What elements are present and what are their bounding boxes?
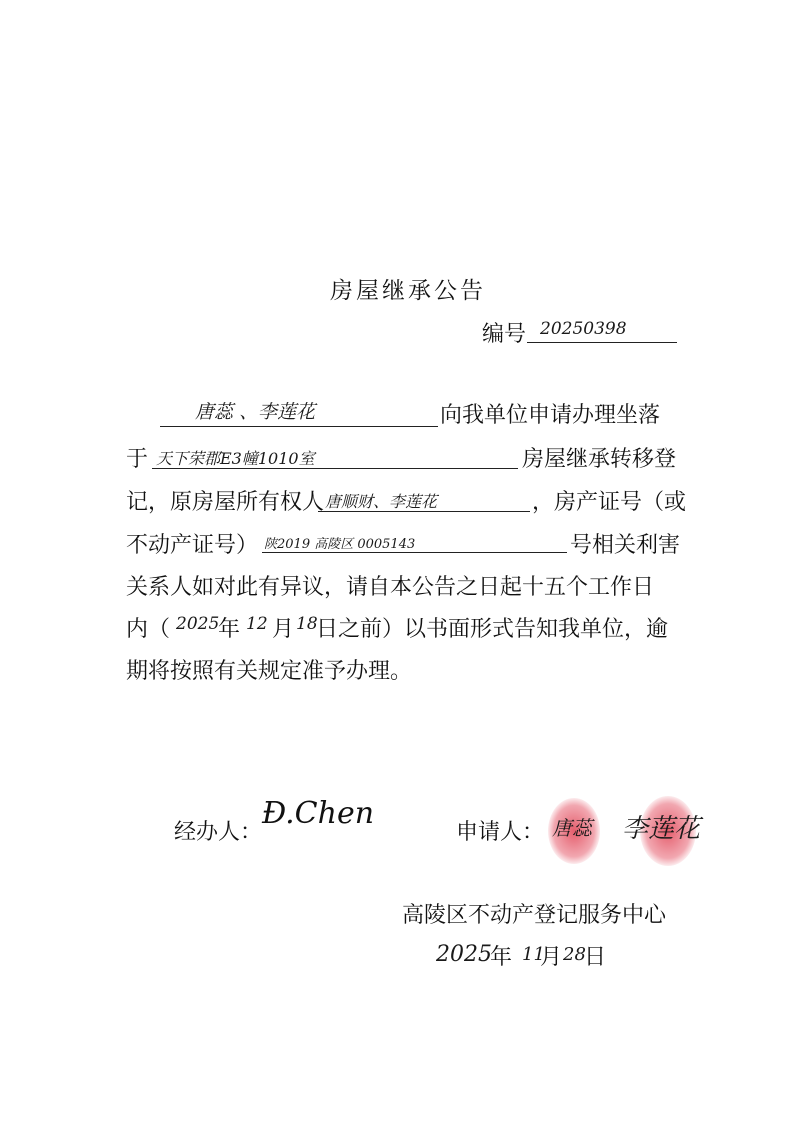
date-year: 2025 xyxy=(436,942,492,967)
applicants-handwritten: 唐蕊 、李莲花 xyxy=(195,397,315,424)
line6-suffix: 日之前）以书面形式告知我单位，逾 xyxy=(316,612,668,643)
year-char: 年 xyxy=(218,612,240,643)
line4-prefix: 不动产证号） xyxy=(126,528,258,559)
issuer-name: 高陵区不动产登记服务中心 xyxy=(402,898,666,929)
date-day-char: 日 xyxy=(584,940,606,971)
deadline-year: 2025 xyxy=(176,614,219,634)
date-month-char: 月 xyxy=(540,940,562,971)
line3-prefix: 记，原房屋所有权人 xyxy=(126,485,324,516)
deadline-day: 18 xyxy=(296,614,318,634)
line5-text: 关系人如对此有异议，请自本公告之日起十五个工作日 xyxy=(126,570,654,601)
applicant-signature-1: 唐蕊 xyxy=(552,812,592,841)
location-handwritten: 天下荣郡E3幢1010室 xyxy=(156,446,315,469)
certificate-underline xyxy=(262,552,567,553)
certificate-handwritten: 陕2019 高陵区 0005143 xyxy=(264,533,415,552)
applicants-underline xyxy=(160,426,438,427)
line6-prefix: 内（ xyxy=(126,612,170,643)
applicant-signature-2: 李莲花 xyxy=(622,808,700,845)
line2-suffix: 房屋继承转移登 xyxy=(522,442,676,473)
owners-handwritten: 唐顺财、李莲花 xyxy=(325,489,437,512)
line3-suffix: ，房产证号（或 xyxy=(532,485,686,516)
line1-text: 向我单位申请办理坐落 xyxy=(440,398,660,429)
document-title: 房屋继承公告 xyxy=(330,272,486,305)
month-char: 月 xyxy=(272,612,294,643)
applicant-label: 申请人： xyxy=(456,815,544,846)
date-day: 28 xyxy=(563,944,586,965)
deadline-month: 12 xyxy=(246,614,268,634)
line4-suffix: 号相关利害 xyxy=(570,528,680,559)
handler-signature: Ð.Chen xyxy=(262,796,374,831)
line7-text: 期将按照有关规定准予办理。 xyxy=(126,654,412,685)
date-year-char: 年 xyxy=(490,940,512,971)
line2-prefix: 于 xyxy=(126,442,148,473)
serial-label: 编号 xyxy=(482,317,526,348)
serial-underline xyxy=(527,342,677,343)
serial-number: 20250398 xyxy=(540,319,627,339)
handler-label: 经办人： xyxy=(174,815,262,846)
